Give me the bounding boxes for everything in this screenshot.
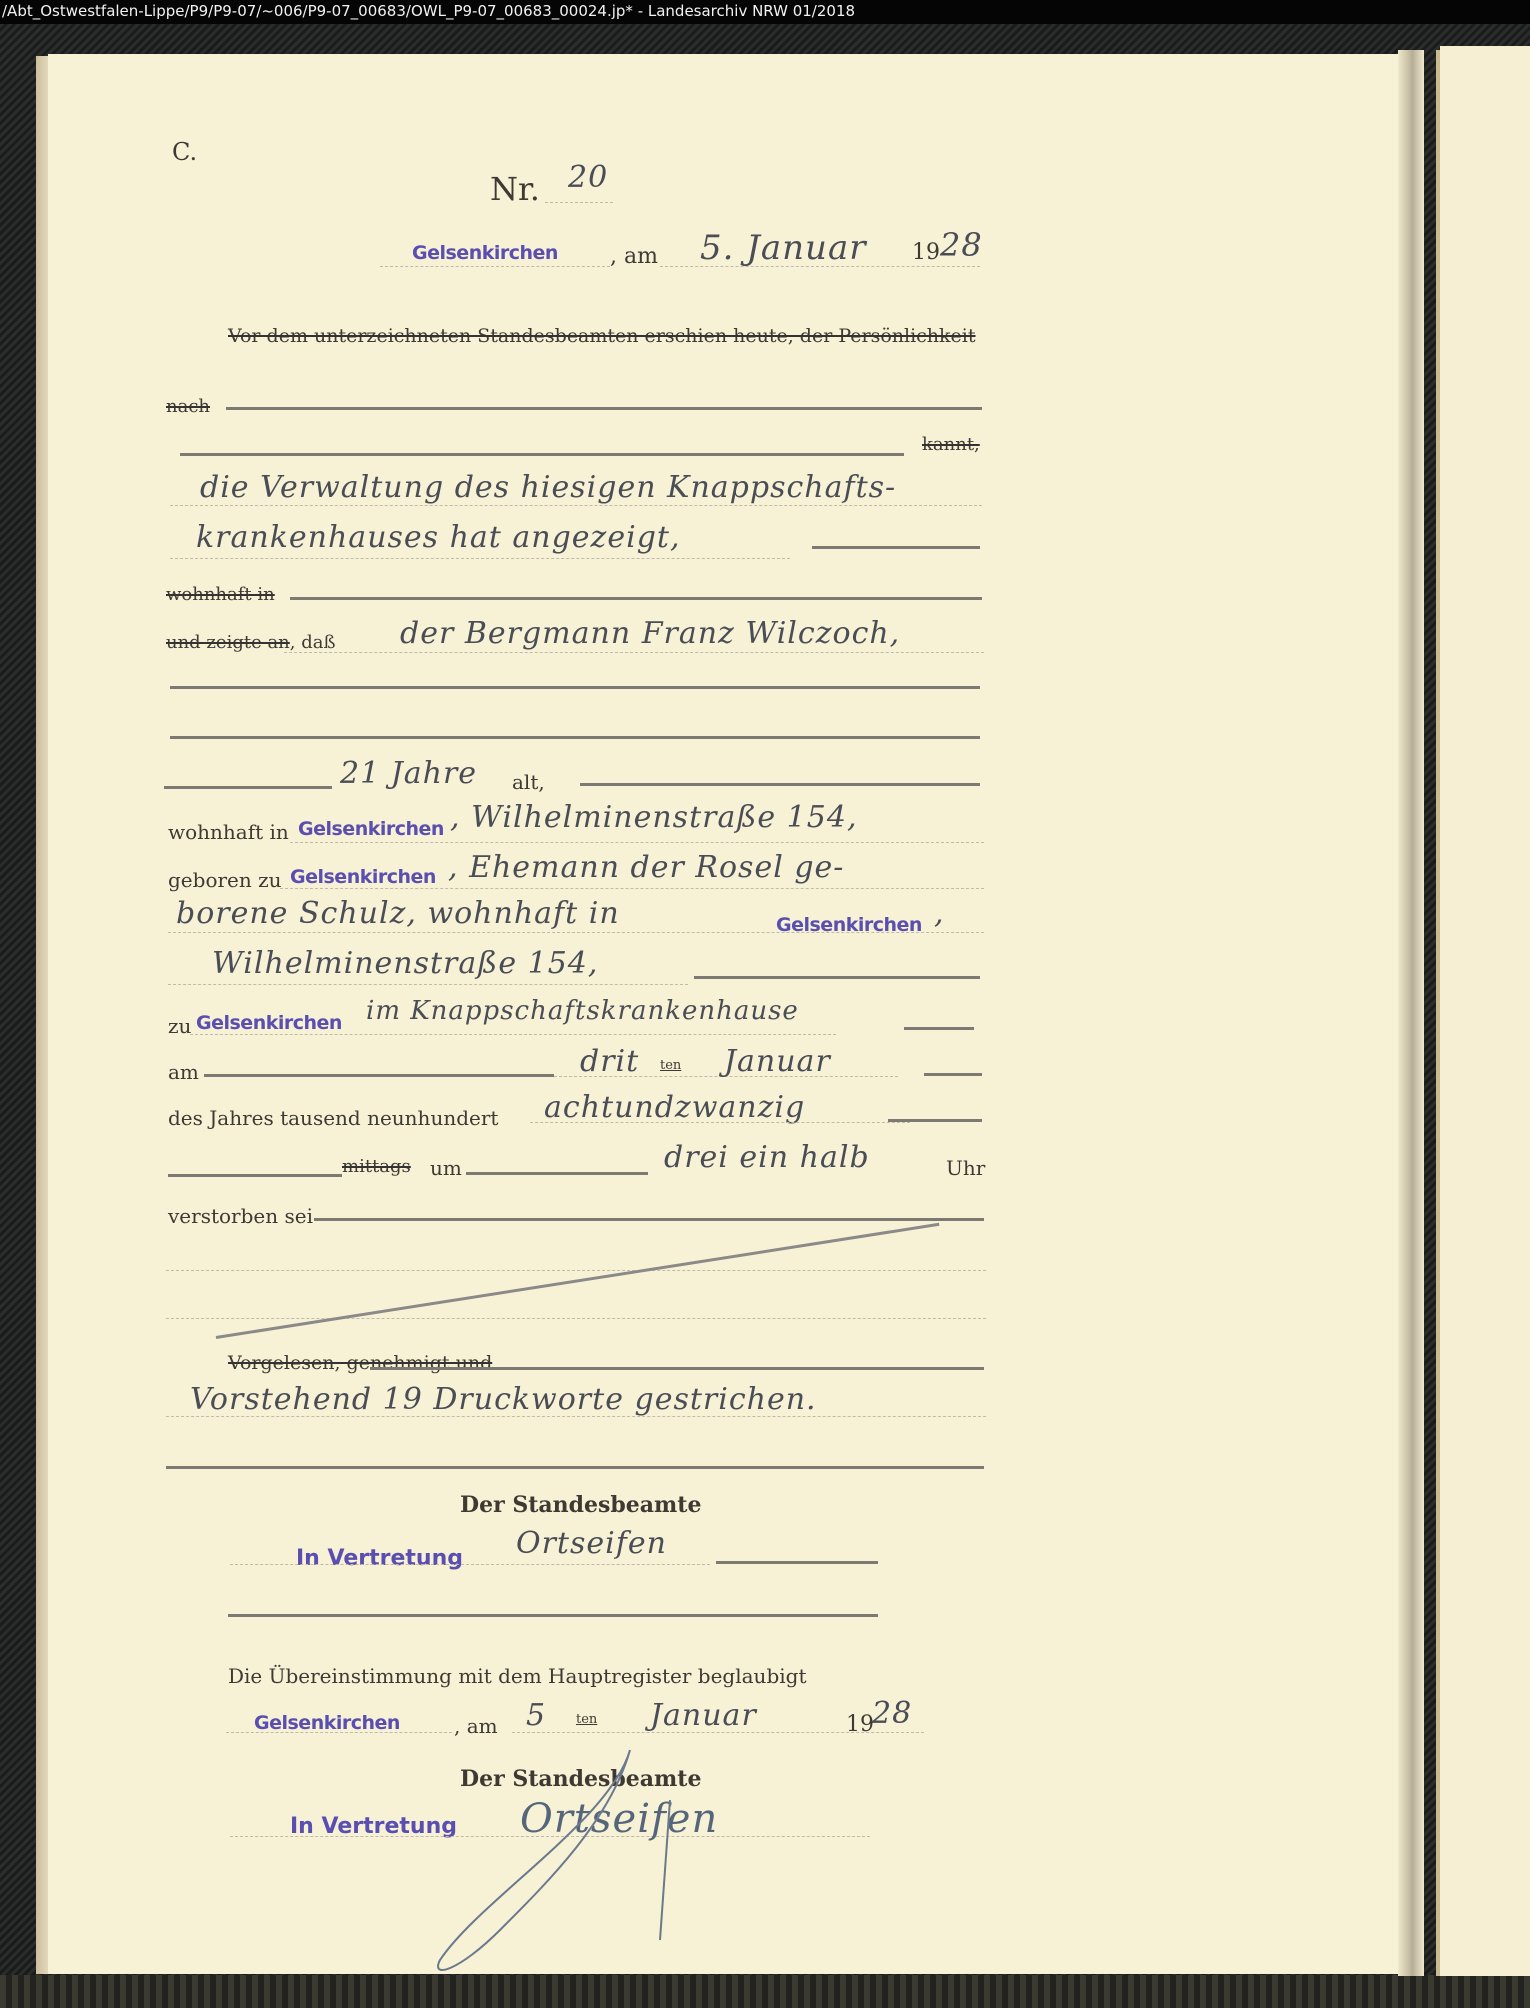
certification-text: Die Übereinstimmung mit dem Hauptregiste… bbox=[228, 1664, 806, 1688]
window-title: /Abt_Ostwestfalen-Lippe/P9/P9-07/~006/P9… bbox=[2, 2, 855, 20]
cert-day-suffix: ten bbox=[576, 1712, 597, 1727]
year-suffix: 28 bbox=[940, 226, 983, 264]
blank-rule bbox=[888, 1119, 982, 1122]
blank-rule bbox=[228, 1614, 878, 1617]
cert-place-stamp: Gelsenkirchen bbox=[254, 1712, 400, 1734]
am-death-label: am bbox=[168, 1060, 199, 1084]
death-year-words: achtundzwanzig bbox=[544, 1090, 805, 1125]
cert-month: Januar bbox=[650, 1698, 757, 1733]
officer-signature-1: Ortseifen bbox=[516, 1526, 667, 1561]
am-label: , am bbox=[610, 244, 658, 269]
window-title-bar: /Abt_Ostwestfalen-Lippe/P9/P9-07/~006/P9… bbox=[0, 0, 1530, 24]
cert-year-prefix: 19 bbox=[846, 1712, 874, 1737]
number-dotted-line bbox=[545, 202, 613, 203]
zu-label: zu bbox=[168, 1014, 191, 1038]
dotted-line bbox=[530, 1122, 910, 1123]
death-place-stamp: Gelsenkirchen bbox=[196, 1012, 342, 1034]
spouse-line-1: , Ehemann der Rosel ge- bbox=[448, 850, 844, 885]
reporter-line-1: die Verwaltung des hiesigen Knappschafts… bbox=[200, 470, 896, 505]
struck-kannt: kannt, bbox=[922, 434, 980, 455]
spouse-line-2: borene Schulz, wohnhaft in bbox=[176, 896, 620, 931]
blank-rule bbox=[204, 1074, 554, 1077]
dotted-line bbox=[190, 1034, 836, 1035]
dotted-line bbox=[512, 1732, 924, 1733]
dotted-line bbox=[170, 558, 790, 559]
dotted-line bbox=[226, 1732, 452, 1733]
age-value: 21 Jahre bbox=[340, 756, 477, 791]
death-time: drei ein halb bbox=[664, 1140, 870, 1175]
geboren-label: geboren zu bbox=[168, 868, 282, 892]
place-stamp: Gelsenkirchen bbox=[412, 242, 558, 264]
blank-rule bbox=[164, 786, 332, 789]
struck-intro-text: Vor dem unterzeichneten Standesbeamten e… bbox=[228, 325, 976, 347]
spouse-line-2-end: , bbox=[934, 896, 945, 931]
residence-stamp: Gelsenkirchen bbox=[298, 818, 444, 840]
blank-rule bbox=[180, 453, 904, 456]
dass-label: , daß bbox=[290, 632, 336, 653]
blank-rule bbox=[170, 736, 980, 739]
blank-rule bbox=[290, 597, 982, 600]
struck-mittags: mittags bbox=[342, 1156, 411, 1177]
registration-date: 5. Januar bbox=[700, 228, 866, 268]
dotted-line bbox=[290, 842, 984, 843]
struck-nach: nach bbox=[166, 396, 210, 417]
zeigte-an-row: und zeigte an, daß bbox=[166, 632, 336, 653]
dotted-line bbox=[284, 652, 984, 653]
um-label: um bbox=[430, 1156, 462, 1180]
birth-stamp: Gelsenkirchen bbox=[290, 866, 436, 888]
death-month: Januar bbox=[724, 1044, 831, 1079]
death-day-suffix: ten bbox=[660, 1058, 681, 1073]
book-cover-bottom-edge bbox=[0, 1975, 1530, 2008]
dotted-line bbox=[166, 1270, 986, 1271]
blank-rule bbox=[168, 1174, 342, 1177]
cert-day: 5 bbox=[526, 1698, 546, 1733]
dotted-line bbox=[168, 932, 984, 933]
blank-rule bbox=[694, 976, 980, 979]
correction-note: Vorstehend 19 Druckworte gestrichen. bbox=[190, 1382, 817, 1417]
facing-page bbox=[1440, 46, 1530, 1976]
cert-year-suffix: 28 bbox=[872, 1696, 912, 1731]
uhr-label: Uhr bbox=[946, 1156, 985, 1180]
dotted-line bbox=[230, 1564, 710, 1565]
year-prefix: 19 bbox=[912, 240, 940, 265]
dotted-line bbox=[166, 1416, 986, 1417]
deceased-name: der Bergmann Franz Wilczoch, bbox=[400, 616, 900, 651]
record-number: 20 bbox=[568, 160, 608, 195]
blank-rule bbox=[580, 783, 980, 786]
dotted-line bbox=[166, 1318, 986, 1319]
death-place-value: im Knappschaftskrankenhause bbox=[366, 996, 799, 1026]
blank-rule bbox=[466, 1172, 648, 1175]
place-dotted-line bbox=[380, 266, 610, 267]
blank-rule bbox=[924, 1073, 982, 1076]
blank-rule bbox=[314, 1218, 984, 1221]
death-day: drit bbox=[580, 1044, 639, 1079]
struck-wohnhaft: wohnhaft in bbox=[166, 584, 275, 605]
blank-rule bbox=[166, 1466, 984, 1469]
book-gutter bbox=[1398, 50, 1424, 1976]
cert-am-label: , am bbox=[454, 1714, 498, 1738]
spouse-line-3: Wilhelminenstraße 154, bbox=[212, 946, 598, 981]
blank-rule bbox=[812, 546, 980, 549]
verstorben-label: verstorben sei bbox=[168, 1204, 313, 1228]
struck-vorgelesen: Vorgelesen, genehmigt und bbox=[228, 1352, 492, 1374]
year-label: des Jahres tausend neunhundert bbox=[168, 1106, 498, 1130]
wohnhaft-label: wohnhaft in bbox=[168, 820, 289, 844]
official-title: Der Standesbeamte bbox=[460, 1492, 701, 1518]
blank-rule bbox=[170, 686, 980, 689]
dotted-line bbox=[170, 505, 982, 506]
alt-label: alt, bbox=[512, 770, 545, 794]
dotted-line bbox=[168, 984, 688, 985]
reporter-line-2: krankenhauses hat angezeigt, bbox=[196, 520, 681, 555]
blank-rule bbox=[716, 1561, 878, 1564]
form-letter: C. bbox=[172, 138, 197, 166]
deputy-stamp: In Vertretung bbox=[296, 1546, 463, 1571]
blank-rule bbox=[904, 1027, 974, 1030]
blank-rule bbox=[370, 1367, 984, 1370]
blank-rule bbox=[226, 407, 982, 410]
date-dotted-line bbox=[660, 266, 980, 267]
residence-value: , Wilhelminenstraße 154, bbox=[450, 800, 857, 835]
dotted-line bbox=[280, 888, 984, 889]
number-label: Nr. bbox=[490, 170, 540, 208]
signature-flourish bbox=[420, 1740, 720, 1980]
struck-zeigte: und zeigte an bbox=[166, 632, 290, 653]
